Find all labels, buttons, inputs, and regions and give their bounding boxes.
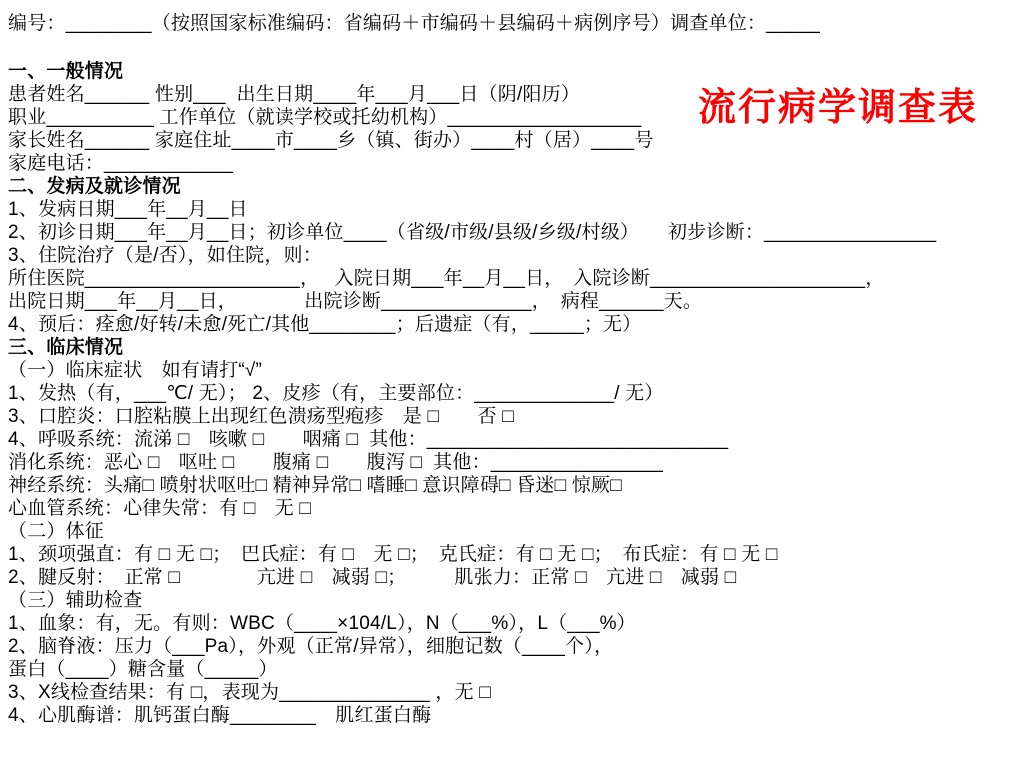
first-visit-line: 2、初诊日期___年__月__日；初诊单位____（省级/市级/县级/乡级/村级… — [8, 221, 1018, 244]
xray-line: 3、X线检查结果：有 □，表现为______________ ，无 □ — [8, 681, 1018, 704]
hospitalization-line: 3、住院治疗（是/否），如住院，则： — [8, 244, 1018, 267]
blood-test-line: 1、血象：有，无。有则：WBC（____×104/L），N（___%），L（__… — [8, 612, 1018, 635]
subsection-auxiliary-exam-line: （三）辅助检查 — [8, 589, 1018, 612]
subsection-signs-line: （二）体征 — [8, 520, 1018, 543]
form-number-line: 编号：________（按照国家标准编码：省编码＋市编码＋县编码＋病例序号）调查… — [8, 12, 1018, 35]
protein-sugar-line: 蛋白（____）糖含量（_____） — [8, 658, 1018, 681]
discharge-line: 出院日期___年__月__日， 出院诊断______________， 病程__… — [8, 290, 1018, 313]
page-title: 流行病学调查表 — [698, 76, 978, 131]
hospital-admission-line: 所住医院____________________， 入院日期___年__月__日… — [8, 267, 1018, 290]
tendon-reflex-line: 2、腱反射： 正常 □ 亢进 □ 减弱 □； 肌张力：正常 □ 亢进 □ 减弱 … — [8, 566, 1018, 589]
respiratory-system-line: 4、呼吸系统：流涕 □ 咳嗽 □ 咽痛 □ 其他：_______________… — [8, 428, 1018, 451]
digestive-system-line: 消化系统：恶心 □ 呕吐 □ 腹痛 □ 腹泻 □ 其他：____________… — [8, 451, 1018, 474]
cardiovascular-system-line: 心血管系统：心律失常：有 □ 无 □ — [8, 497, 1018, 520]
prognosis-line: 4、预后：痊愈/好转/未愈/死亡/其他________；后遗症（有，_____；… — [8, 313, 1018, 336]
onset-date-line: 1、发病日期___年__月__日 — [8, 198, 1018, 221]
guardian-address-line: 家长姓名______ 家庭住址____市____乡（镇、街办）____村（居）_… — [8, 129, 1018, 152]
section-heading-clinical: 三、临床情况 — [8, 336, 1018, 359]
subsection-symptoms-line: （一）临床症状 如有请打“√” — [8, 359, 1018, 382]
nervous-system-line: 神经系统：头痛□ 喷射状呕吐□ 精神异常□ 嗜睡□ 意识障碍□ 昏迷□ 惊厥□ — [8, 474, 1018, 497]
cardiac-enzyme-line: 4、心肌酶谱：肌钙蛋白酶________ 肌红蛋白酶 — [8, 704, 1018, 727]
neck-stiffness-line: 1、颈项强直：有 □ 无 □； 巴氏症：有 □ 无 □； 克氏症：有 □ 无 □… — [8, 543, 1018, 566]
home-phone-line: 家庭电话：____________ — [8, 152, 1018, 175]
csf-line: 2、脑脊液：压力（___Pa），外观（正常/异常），细胞记数（____个）， — [8, 635, 1018, 658]
section-heading-onset: 二、发病及就诊情况 — [8, 175, 1018, 198]
stomatitis-line: 3、口腔炎：口腔粘膜上出现红色溃疡型疱疹 是 □ 否 □ — [8, 405, 1018, 428]
fever-rash-line: 1、发热（有，___℃/ 无）； 2、皮疹（有，主要部位：___________… — [8, 382, 1018, 405]
